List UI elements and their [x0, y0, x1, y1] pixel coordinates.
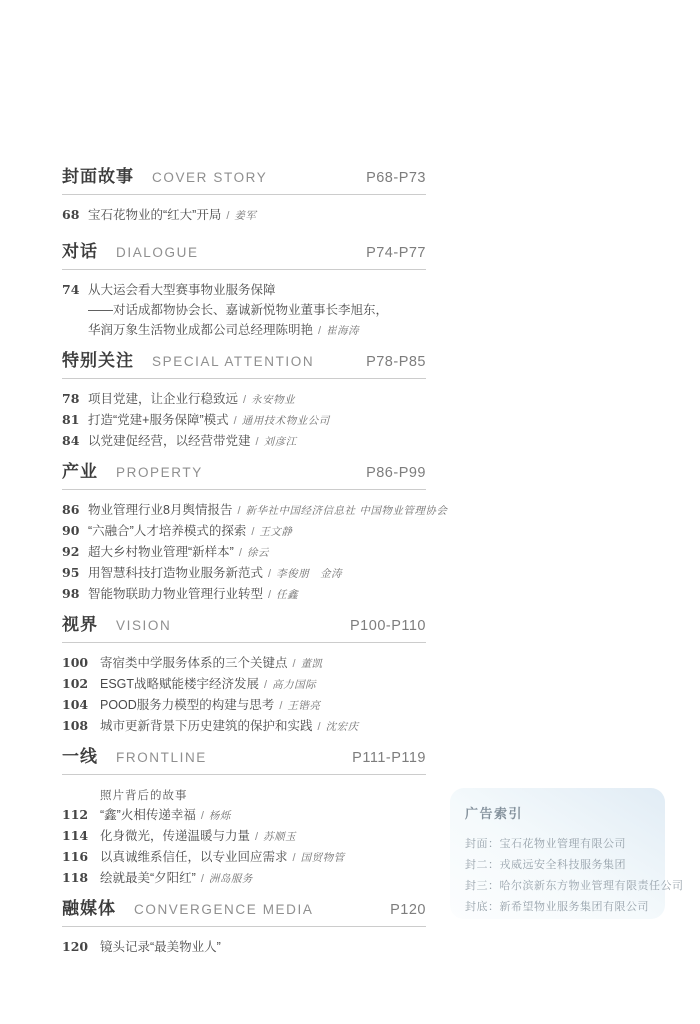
item-number: 92	[62, 542, 88, 563]
item-number: 98	[62, 584, 88, 605]
author-separator: /	[279, 700, 282, 712]
section-page-range: P74-P77	[366, 245, 426, 261]
item-title: 智能物联助力物业管理行业转型	[88, 587, 263, 601]
section-page-range: P78-P85	[366, 354, 426, 370]
ad-index-item: 封三：哈尔滨新东方物业管理有限责任公司	[465, 876, 661, 897]
toc-section: 融媒体CONVERGENCE MEDIAP120120镜头记录“最美物业人”	[62, 898, 426, 957]
ad-index-item: 封底：新希望物业服务集团有限公司	[465, 897, 661, 918]
section-title-en: VISION	[116, 618, 171, 633]
author-separator: /	[239, 547, 242, 559]
item-number-spacer	[62, 785, 100, 805]
section-header: 一线FRONTLINEP111-P119	[62, 746, 426, 768]
item-body: POOD服务力模型的构建与思考/王锴亮	[100, 695, 426, 716]
section-items: 78项目党建，让企业行稳致远/永安物业81打造“党建+服务保障”模式/通用技术物…	[62, 389, 426, 452]
item-body: 城市更新背景下历史建筑的保护和实践/沈宏庆	[100, 716, 426, 737]
item-body: ESGT战略赋能楼宇经济发展/高力国际	[100, 674, 426, 695]
item-body: 绘就最美“夕阳红”/洲岛服务	[100, 868, 426, 889]
author-separator: /	[226, 210, 229, 222]
author-separator: /	[256, 436, 259, 448]
toc-item: 98智能物联助力物业管理行业转型/任鑫	[62, 584, 426, 605]
item-number: 90	[62, 521, 88, 542]
author-separator: /	[264, 679, 267, 691]
section-title-en: SPECIAL ATTENTION	[152, 354, 314, 369]
item-author: 苏顺玉	[263, 831, 296, 843]
section-rule	[62, 774, 426, 775]
author-separator: /	[293, 658, 296, 670]
section-page-range: P68-P73	[366, 170, 426, 186]
section-rule	[62, 489, 426, 490]
item-title: 寄宿类中学服务体系的三个关键点	[100, 656, 288, 670]
ad-index-company: 哈尔滨新东方物业管理有限责任公司	[500, 880, 684, 892]
toc-item: 114化身微光，传递温暖与力量/苏顺玉	[62, 826, 426, 847]
item-title: 绘就最美“夕阳红”	[100, 871, 196, 885]
section-header: 视界VISIONP100-P110	[62, 614, 426, 636]
toc-subtitle-row: 照片背后的故事	[62, 785, 426, 805]
author-separator: /	[201, 873, 204, 885]
magazine-toc-page: { "separator": "/", "sections": [ { "tit…	[0, 0, 700, 1024]
section-header: 产业PROPERTYP86-P99	[62, 461, 426, 483]
item-title-line: 以党建促经营，以经营带党建/刘彦江	[88, 431, 426, 452]
author-separator: /	[255, 831, 258, 843]
ad-index-item: 封面：宝石花物业管理有限公司	[465, 834, 661, 855]
item-title: ESGT战略赋能楼宇经济发展	[100, 677, 259, 691]
item-author: 新华社中国经济信息社 中国物业管理协会	[246, 505, 448, 517]
item-title-line: 华润万象生活物业成都公司总经理陈明艳/崔海涛	[88, 320, 426, 341]
section-page-range: P86-P99	[366, 465, 426, 481]
section-title-cn: 特别关注	[62, 350, 134, 372]
item-number: 74	[62, 280, 88, 341]
section-title-en: COVER STORY	[152, 170, 267, 185]
section-header: 特别关注SPECIAL ATTENTIONP78-P85	[62, 350, 426, 372]
item-title: “鑫”火相传递幸福	[100, 808, 196, 822]
item-body: 智能物联助力物业管理行业转型/任鑫	[88, 584, 426, 605]
author-separator: /	[293, 852, 296, 864]
section-title-en: CONVERGENCE MEDIA	[134, 902, 313, 917]
table-of-contents: 封面故事COVER STORYP68-P7368宝石花物业的“红大”开局/姜军对…	[62, 166, 426, 966]
section-title-en: FRONTLINE	[116, 750, 207, 765]
item-body: 项目党建，让企业行稳致远/永安物业	[88, 389, 426, 410]
item-body: 物业管理行业8月舆情报告/新华社中国经济信息社 中国物业管理协会	[88, 500, 447, 521]
item-title-line: 物业管理行业8月舆情报告/新华社中国经济信息社 中国物业管理协会	[88, 500, 447, 521]
item-author: 姜军	[234, 210, 256, 222]
item-number: 78	[62, 389, 88, 410]
toc-section: 一线FRONTLINEP111-P119照片背后的故事112“鑫”火相传递幸福/…	[62, 746, 426, 889]
toc-item: 102ESGT战略赋能楼宇经济发展/高力国际	[62, 674, 426, 695]
section-rule	[62, 378, 426, 379]
ad-index-company: 宝石花物业管理有限公司	[500, 838, 627, 850]
section-title-cn: 产业	[62, 461, 98, 483]
ad-index-company: 新希望物业服务集团有限公司	[500, 901, 650, 913]
item-author: 高力国际	[272, 679, 316, 691]
toc-item: 108城市更新背景下历史建筑的保护和实践/沈宏庆	[62, 716, 426, 737]
item-title-line: 化身微光，传递温暖与力量/苏顺玉	[100, 826, 426, 847]
author-separator: /	[234, 415, 237, 427]
item-title: 以真诚维系信任，以专业回应需求	[100, 850, 288, 864]
toc-item: 78项目党建，让企业行稳致远/永安物业	[62, 389, 426, 410]
section-items: 74从大运会看大型赛事物业服务保障——对话成都物协会长、嘉诚新悦物业董事长李旭东…	[62, 280, 426, 341]
item-author: 刘彦江	[264, 436, 297, 448]
toc-item: 118绘就最美“夕阳红”/洲岛服务	[62, 868, 426, 889]
ad-index-item: 封二：戎威远安全科技服务集团	[465, 855, 661, 876]
item-title-line: 城市更新背景下历史建筑的保护和实践/沈宏庆	[100, 716, 426, 737]
item-title-line: 绘就最美“夕阳红”/洲岛服务	[100, 868, 426, 889]
item-number: 112	[62, 805, 100, 826]
item-author: 任鑫	[276, 589, 298, 601]
item-number: 84	[62, 431, 88, 452]
item-body: 从大运会看大型赛事物业服务保障——对话成都物协会长、嘉诚新悦物业董事长李旭东，华…	[88, 280, 426, 341]
ad-index-label: 封底：	[465, 901, 500, 913]
section-title-cn: 融媒体	[62, 898, 116, 920]
author-separator: /	[268, 568, 271, 580]
item-title: 超大乡村物业管理“新样本”	[88, 545, 234, 559]
item-body: 以党建促经营，以经营带党建/刘彦江	[88, 431, 426, 452]
author-separator: /	[251, 526, 254, 538]
toc-item: 92超大乡村物业管理“新样本”/徐云	[62, 542, 426, 563]
section-rule	[62, 269, 426, 270]
section-items: 68宝石花物业的“红大”开局/姜军	[62, 205, 426, 226]
section-items: 100寄宿类中学服务体系的三个关键点/董凯102ESGT战略赋能楼宇经济发展/高…	[62, 653, 426, 737]
item-author: 沈宏庆	[326, 721, 359, 733]
section-page-range: P120	[390, 902, 426, 918]
item-title-line: 超大乡村物业管理“新样本”/徐云	[88, 542, 426, 563]
item-title-line: ——对话成都物协会长、嘉诚新悦物业董事长李旭东，	[88, 300, 426, 320]
toc-item: 116以真诚维系信任，以专业回应需求/国贸物管	[62, 847, 426, 868]
item-number: 102	[62, 674, 100, 695]
item-author: 董凯	[301, 658, 323, 670]
toc-section: 产业PROPERTYP86-P9986物业管理行业8月舆情报告/新华社中国经济信…	[62, 461, 426, 605]
item-body: 用智慧科技打造物业服务新范式/李俊朋 金涛	[88, 563, 426, 584]
author-separator: /	[318, 721, 321, 733]
item-number: 120	[62, 937, 100, 957]
section-title-en: PROPERTY	[116, 465, 203, 480]
item-title: 华润万象生活物业成都公司总经理陈明艳	[88, 323, 313, 337]
item-title-line: POOD服务力模型的构建与思考/王锴亮	[100, 695, 426, 716]
toc-item: 68宝石花物业的“红大”开局/姜军	[62, 205, 426, 226]
item-title: 宝石花物业的“红大”开局	[88, 208, 221, 222]
item-body: 宝石花物业的“红大”开局/姜军	[88, 205, 426, 226]
item-body: 打造“党建+服务保障”模式/通用技术物业公司	[88, 410, 426, 431]
item-number: 86	[62, 500, 88, 521]
item-title: 以党建促经营，以经营带党建	[88, 434, 251, 448]
item-author: 王锴亮	[287, 700, 320, 712]
item-title-line: 镜头记录“最美物业人”	[100, 937, 426, 957]
section-title-cn: 封面故事	[62, 166, 134, 188]
item-title: 项目党建，让企业行稳致远	[88, 392, 238, 406]
ad-index-company: 戎威远安全科技服务集团	[500, 859, 627, 871]
item-body: 寄宿类中学服务体系的三个关键点/董凯	[100, 653, 426, 674]
item-number: 118	[62, 868, 100, 889]
section-title-cn: 对话	[62, 241, 98, 263]
toc-item: 74从大运会看大型赛事物业服务保障——对话成都物协会长、嘉诚新悦物业董事长李旭东…	[62, 280, 426, 341]
item-title: 用智慧科技打造物业服务新范式	[88, 566, 263, 580]
ad-index-label: 封三：	[465, 880, 500, 892]
section-page-range: P100-P110	[350, 618, 426, 634]
item-title-line: ESGT战略赋能楼宇经济发展/高力国际	[100, 674, 426, 695]
item-title-line: 宝石花物业的“红大”开局/姜军	[88, 205, 426, 226]
author-separator: /	[268, 589, 271, 601]
ad-index-title: 广告索引	[465, 803, 661, 822]
toc-item: 100寄宿类中学服务体系的三个关键点/董凯	[62, 653, 426, 674]
toc-item: 95用智慧科技打造物业服务新范式/李俊朋 金涛	[62, 563, 426, 584]
ad-index-list: 封面：宝石花物业管理有限公司封二：戎威远安全科技服务集团封三：哈尔滨新东方物业管…	[465, 834, 661, 918]
section-items: 86物业管理行业8月舆情报告/新华社中国经济信息社 中国物业管理协会90“六融合…	[62, 500, 426, 605]
toc-section: 特别关注SPECIAL ATTENTIONP78-P8578项目党建，让企业行稳…	[62, 350, 426, 452]
item-title: 物业管理行业8月舆情报告	[88, 503, 232, 517]
item-number: 108	[62, 716, 100, 737]
item-body: 超大乡村物业管理“新样本”/徐云	[88, 542, 426, 563]
item-author: 崔海涛	[326, 325, 359, 337]
section-title-cn: 视界	[62, 614, 98, 636]
item-title: 化身微光，传递温暖与力量	[100, 829, 250, 843]
item-title: 城市更新背景下历史建筑的保护和实践	[100, 719, 313, 733]
section-title-cn: 一线	[62, 746, 98, 768]
item-title: ——对话成都物协会长、嘉诚新悦物业董事长李旭东，	[88, 303, 388, 317]
item-number: 114	[62, 826, 100, 847]
item-number: 95	[62, 563, 88, 584]
item-author: 通用技术物业公司	[242, 415, 330, 427]
item-author: 李俊朋 金涛	[276, 568, 342, 580]
toc-item: 86物业管理行业8月舆情报告/新华社中国经济信息社 中国物业管理协会	[62, 500, 426, 521]
item-title-line: 寄宿类中学服务体系的三个关键点/董凯	[100, 653, 426, 674]
ad-index-box: 广告索引 封面：宝石花物业管理有限公司封二：戎威远安全科技服务集团封三：哈尔滨新…	[450, 788, 665, 919]
toc-section: 视界VISIONP100-P110100寄宿类中学服务体系的三个关键点/董凯10…	[62, 614, 426, 737]
item-title: “六融合”人才培养模式的探索	[88, 524, 246, 538]
item-title: 打造“党建+服务保障”模式	[88, 413, 229, 427]
item-title-line: 以真诚维系信任，以专业回应需求/国贸物管	[100, 847, 426, 868]
section-header: 对话DIALOGUEP74-P77	[62, 241, 426, 263]
section-page-range: P111-P119	[352, 750, 426, 766]
item-number: 104	[62, 695, 100, 716]
item-author: 徐云	[247, 547, 269, 559]
item-number: 100	[62, 653, 100, 674]
item-body: 以真诚维系信任，以专业回应需求/国贸物管	[100, 847, 426, 868]
item-title-line: “鑫”火相传递幸福/杨烁	[100, 805, 426, 826]
section-items: 120镜头记录“最美物业人”	[62, 937, 426, 957]
ad-index-label: 封二：	[465, 859, 500, 871]
toc-item: 120镜头记录“最美物业人”	[62, 937, 426, 957]
item-title: 从大运会看大型赛事物业服务保障	[88, 283, 276, 297]
item-title-line: 从大运会看大型赛事物业服务保障	[88, 280, 426, 300]
item-number: 116	[62, 847, 100, 868]
item-title: 镜头记录“最美物业人”	[100, 940, 221, 954]
section-items: 照片背后的故事112“鑫”火相传递幸福/杨烁114化身微光，传递温暖与力量/苏顺…	[62, 785, 426, 889]
section-header: 封面故事COVER STORYP68-P73	[62, 166, 426, 188]
item-author: 国贸物管	[301, 852, 345, 864]
toc-item: 104POOD服务力模型的构建与思考/王锴亮	[62, 695, 426, 716]
toc-item: 90“六融合”人才培养模式的探索/王文静	[62, 521, 426, 542]
author-separator: /	[318, 325, 321, 337]
item-author: 洲岛服务	[209, 873, 253, 885]
item-body: “鑫”火相传递幸福/杨烁	[100, 805, 426, 826]
author-separator: /	[237, 505, 240, 517]
section-rule	[62, 194, 426, 195]
toc-item: 112“鑫”火相传递幸福/杨烁	[62, 805, 426, 826]
toc-item: 81打造“党建+服务保障”模式/通用技术物业公司	[62, 410, 426, 431]
item-author: 永安物业	[251, 394, 295, 406]
ad-index-label: 封面：	[465, 838, 500, 850]
section-rule	[62, 642, 426, 643]
item-title-line: 用智慧科技打造物业服务新范式/李俊朋 金涛	[88, 563, 426, 584]
section-subtitle: 照片背后的故事	[100, 785, 188, 805]
item-title-line: 打造“党建+服务保障”模式/通用技术物业公司	[88, 410, 426, 431]
section-header: 融媒体CONVERGENCE MEDIAP120	[62, 898, 426, 920]
section-title-en: DIALOGUE	[116, 245, 199, 260]
item-title-line: “六融合”人才培养模式的探索/王文静	[88, 521, 426, 542]
author-separator: /	[201, 810, 204, 822]
toc-section: 封面故事COVER STORYP68-P7368宝石花物业的“红大”开局/姜军	[62, 166, 426, 226]
item-title: POOD服务力模型的构建与思考	[100, 698, 274, 712]
toc-item: 84以党建促经营，以经营带党建/刘彦江	[62, 431, 426, 452]
item-title-line: 智能物联助力物业管理行业转型/任鑫	[88, 584, 426, 605]
item-title-line: 项目党建，让企业行稳致远/永安物业	[88, 389, 426, 410]
author-separator: /	[243, 394, 246, 406]
item-number: 81	[62, 410, 88, 431]
item-body: 镜头记录“最美物业人”	[100, 937, 426, 957]
toc-section: 对话DIALOGUEP74-P7774从大运会看大型赛事物业服务保障——对话成都…	[62, 241, 426, 341]
item-author: 杨烁	[209, 810, 231, 822]
item-body: “六融合”人才培养模式的探索/王文静	[88, 521, 426, 542]
section-rule	[62, 926, 426, 927]
item-author: 王文静	[259, 526, 292, 538]
item-number: 68	[62, 205, 88, 226]
item-body: 化身微光，传递温暖与力量/苏顺玉	[100, 826, 426, 847]
